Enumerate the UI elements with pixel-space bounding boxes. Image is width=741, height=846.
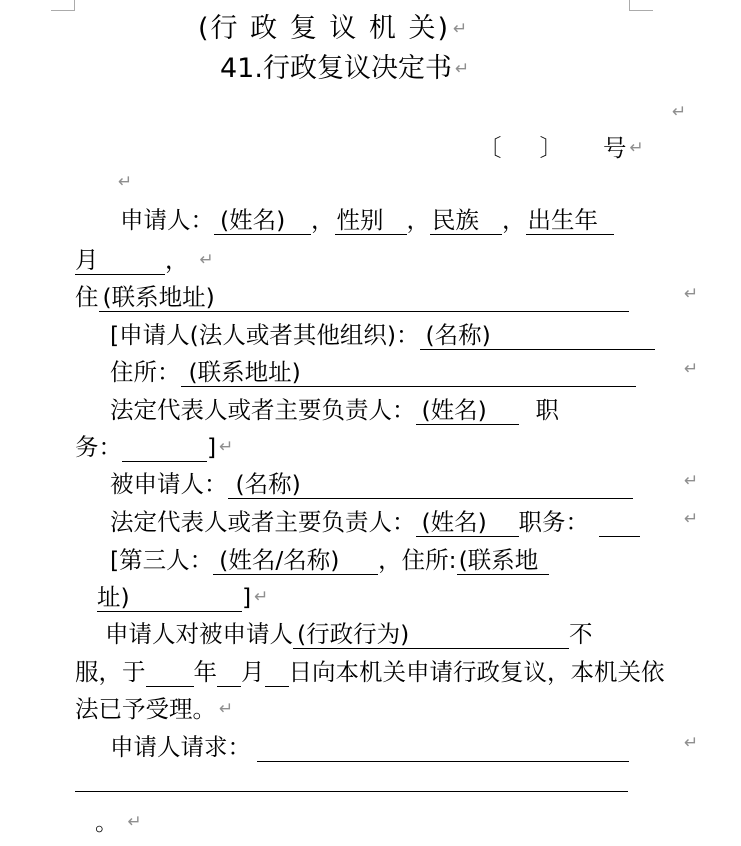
paragraph-mark-icon: ↵ [452,52,469,86]
applicant-address-line: 住(联系地址) [75,282,629,312]
text-run: ， [311,205,335,235]
underlined-text: (联系地 [457,545,549,575]
text-run: [第三人： [110,545,213,575]
text-run: 法定代表人或者主要负责人： [110,507,416,537]
paragraph-mark-icon: ↵ [684,473,698,490]
fill-in-blank[interactable] [599,507,640,537]
text-run: 申请人请求： [110,732,251,762]
spacer [502,133,540,163]
spacer [563,133,603,163]
text-run: 申请人对被申请人 [105,619,293,649]
request-line: 申请人请求： [110,732,629,762]
paragraph-mark-icon: ↵ [672,104,686,121]
underlined-text: (名称) [228,469,633,499]
complaint-date-line: 服，于年月日向本机关申请行政复议，本机关依 [75,657,665,687]
underlined-text: (姓名) [416,395,519,425]
underlined-text: 月 [75,245,165,275]
underlined-text: (姓名/名称) [213,545,378,575]
text-run: 住所： [110,357,181,387]
text-run: ，住所: [378,545,456,575]
paragraph-mark-icon: ↵ [118,174,132,191]
text-run: 号 [603,133,627,163]
text-run: ， [407,205,431,235]
text-run: ， [165,245,189,275]
text-run: 年 [194,657,218,687]
paragraph-mark-icon: ↵ [251,582,268,612]
text-run: 〔 [478,133,502,163]
text-run: (行 政 复 议 机 关) [198,12,450,46]
fill-in-blank[interactable] [217,657,241,687]
paragraph-mark-icon: ↵ [684,286,698,303]
acceptance-line: 法已予受理。↵ [75,694,233,724]
respondent-legal-rep-line: 法定代表人或者主要负责人：(姓名)职务： [110,507,640,537]
org-header-line: (行 政 复 议 机 关)↵ [198,12,469,46]
paragraph-mark-icon: ↵ [684,361,698,378]
respondent-line: 被申请人：(名称) [110,469,633,499]
underlined-text: (联系地址) [99,282,629,312]
applicant-birthdate-line: 月，↵ [75,245,214,275]
applicant-info-line: 申请人：(姓名)，性别，民族，出生年 [120,205,614,235]
document-canvas[interactable]: (行 政 复 议 机 关)↵41.行政复议决定书↵〔〕号↵申请人：(姓名)，性别… [0,0,741,846]
request-blank-line [75,762,628,792]
underlined-text: 民族 [430,205,502,235]
underlined-text: (联系地址) [181,357,636,387]
third-party-line: [第三人：(姓名/名称)，住所:(联系地 [110,545,549,575]
doc-number-line: 〔〕号↵ [478,133,644,163]
spacer [589,507,599,537]
underlined-text: 性别 [335,205,407,235]
text-run: 住 [75,282,99,312]
fill-in-blank[interactable] [122,432,207,462]
applicant-legal-rep-line: 法定代表人或者主要负责人：(姓名)职 [110,395,559,425]
text-run: 月 [241,657,265,687]
text-run: 法定代表人或者主要负责人： [110,395,416,425]
margin-crop-mark-top-right [629,0,653,11]
text-run: 服，于 [75,657,146,687]
paragraph-mark-icon: ↵ [216,432,233,462]
text-run: 被申请人： [110,469,228,499]
text-run: ] [242,582,251,612]
margin-crop-mark-top-left [51,0,75,11]
underlined-text: (姓名) [416,507,519,537]
third-party-address-line: 址)]↵ [97,582,268,612]
text-run: 职务： [519,507,590,537]
org-applicant-line: [申请人(法人或者其他组织)：(名称) [110,320,655,350]
text-run: 职 [536,395,560,425]
text-run: ] [207,432,216,462]
period-line: 。↵ [95,807,142,837]
fill-in-blank[interactable] [75,762,628,792]
text-run: [申请人(法人或者其他组织)： [110,320,420,350]
text-run: 不 [569,619,593,649]
paragraph-mark-icon: ↵ [216,694,233,724]
text-run: 申请人： [120,205,214,235]
doc-title-line: 41.行政复议决定书↵ [220,52,469,86]
text-run: 〕 [540,133,564,163]
paragraph-mark-icon: ↵ [684,735,698,752]
paragraph-mark-icon: ↵ [627,133,644,163]
text-run: 41.行政复议决定书 [220,52,452,86]
underlined-text: 址) [97,582,242,612]
text-run: 法已予受理。 [75,694,216,724]
applicant-legal-rep-position-line: 务：]↵ [75,432,233,462]
spacer [189,245,197,275]
paragraph-mark-icon: ↵ [684,511,698,528]
underlined-text: (行政行为) [293,619,569,649]
fill-in-blank[interactable] [265,657,289,687]
underlined-text: 出生年 [526,205,614,235]
paragraph-mark-icon: ↵ [125,807,142,837]
underlined-text: (名称) [420,320,655,350]
text-run: 日向本机关申请行政复议，本机关依 [289,657,665,687]
complaint-act-line: 申请人对被申请人(行政行为)不 [105,619,593,649]
text-run: 务： [75,432,122,462]
text-run: 。 [95,807,119,837]
spacer [519,395,536,425]
org-applicant-address-line: 住所：(联系地址) [110,357,636,387]
underlined-text: (姓名) [214,205,311,235]
paragraph-mark-icon: ↵ [450,12,469,46]
fill-in-blank[interactable] [257,732,629,762]
paragraph-mark-icon: ↵ [197,245,214,275]
text-run: ， [502,205,526,235]
fill-in-blank[interactable] [146,657,194,687]
